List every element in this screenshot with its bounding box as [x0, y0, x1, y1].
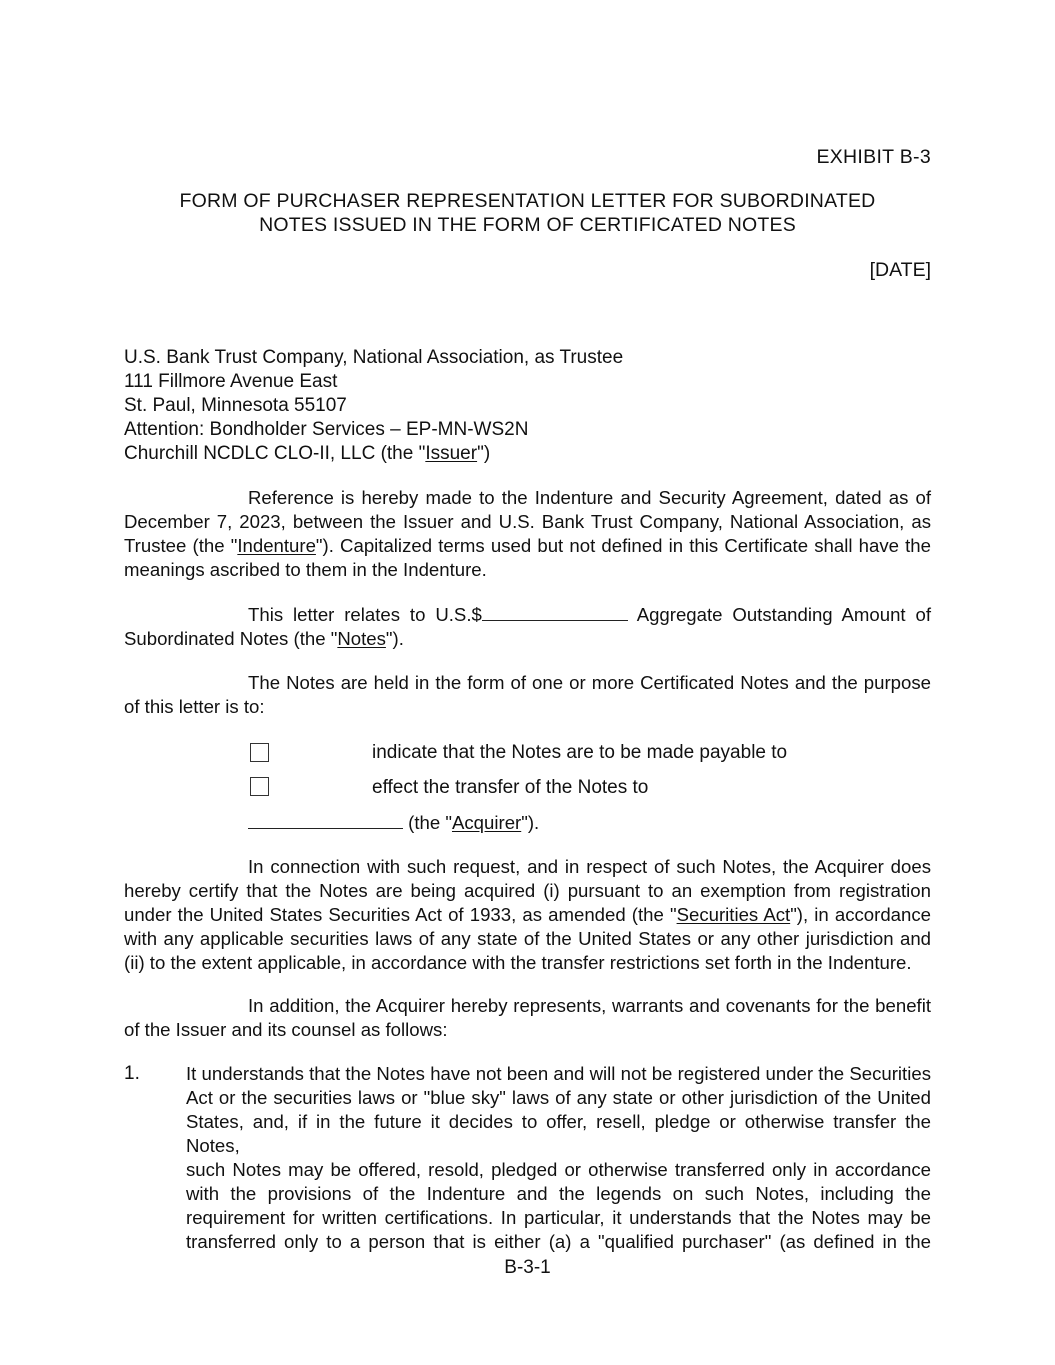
defined-term-indenture: Indenture	[237, 535, 316, 556]
document-title-line-1: FORM OF PURCHASER REPRESENTATION LETTER …	[0, 189, 1055, 213]
paragraph-purpose: The Notes are held in the form of one or…	[124, 671, 931, 719]
paragraph-representations: In addition, the Acquirer hereby represe…	[124, 994, 931, 1042]
exhibit-label: EXHIBIT B-3	[816, 145, 931, 169]
checkbox-payable[interactable]	[250, 743, 269, 762]
checkbox-transfer-label: effect the transfer of the Notes to	[372, 776, 648, 800]
checkbox-transfer[interactable]	[250, 777, 269, 796]
defined-term-notes: Notes	[337, 628, 386, 649]
acquirer-line: (the "Acquirer").	[248, 810, 539, 835]
defined-term-acquirer: Acquirer	[452, 812, 521, 833]
paragraph-certification: In connection with such request, and in …	[124, 855, 931, 975]
address-line: U.S. Bank Trust Company, National Associ…	[124, 346, 623, 370]
address-line: Attention: Bondholder Services – EP-MN-W…	[124, 418, 528, 442]
amount-blank-field[interactable]	[482, 602, 628, 621]
paragraph-reference: Reference is hereby made to the Indentur…	[124, 486, 931, 582]
page-number: B-3-1	[0, 1256, 1055, 1280]
defined-term-issuer: Issuer	[425, 443, 477, 464]
list-item: It understands that the Notes have not b…	[186, 1062, 931, 1254]
checkbox-payable-label: indicate that the Notes are to be made p…	[372, 741, 787, 765]
address-line-issuer: Churchill NCDLC CLO-II, LLC (the "Issuer…	[124, 442, 490, 466]
list-item-number: 1.	[124, 1062, 140, 1086]
document-title-line-2: NOTES ISSUED IN THE FORM OF CERTIFICATED…	[0, 213, 1055, 237]
date-placeholder: [DATE]	[870, 258, 931, 282]
acquirer-blank-field[interactable]	[248, 810, 403, 829]
paragraph-amount: This letter relates to U.S.$ Aggregate O…	[124, 602, 931, 651]
defined-term-securities-act: Securities Act	[677, 904, 791, 925]
document-page: EXHIBIT B-3 FORM OF PURCHASER REPRESENTA…	[0, 0, 1055, 1365]
address-line: St. Paul, Minnesota 55107	[124, 394, 347, 418]
address-line: 111 Fillmore Avenue East	[124, 370, 337, 394]
